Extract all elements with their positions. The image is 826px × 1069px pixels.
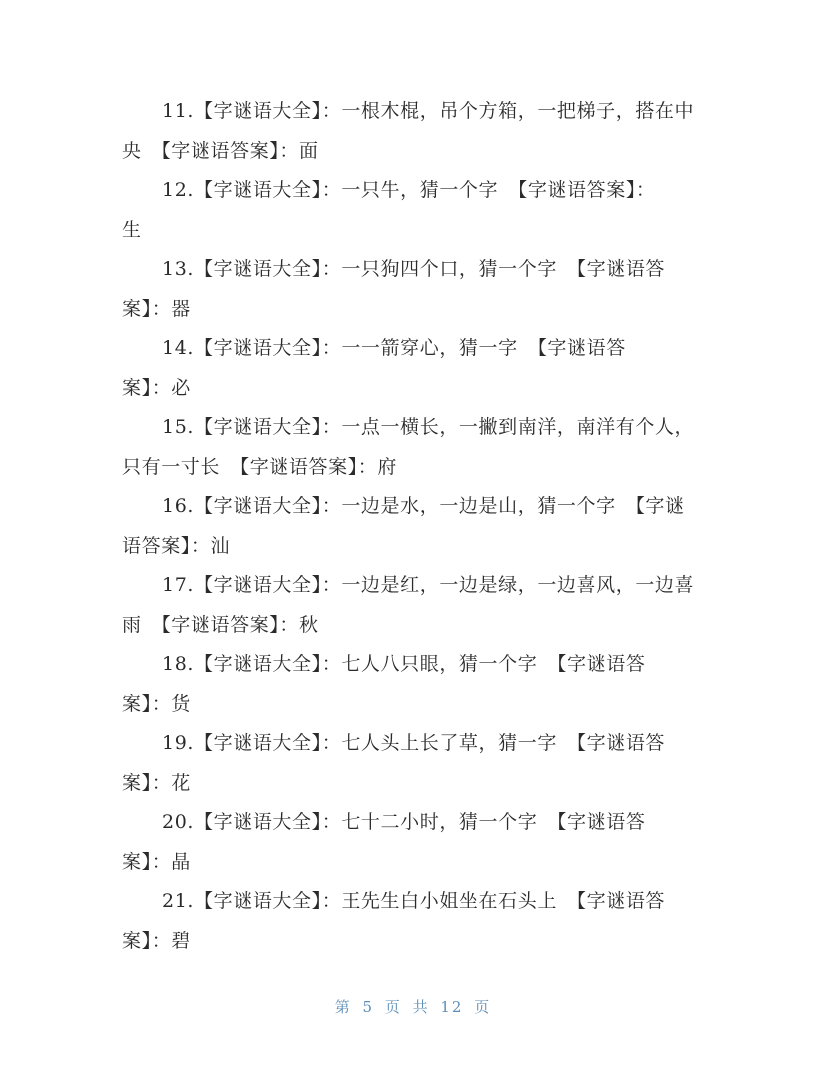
riddle-line: 12.【字谜语大全】：一只牛，猜一个字 【字谜语答案】：	[122, 171, 702, 211]
riddle-entry-17: 17.【字谜语大全】：一边是红，一边是绿，一边喜风，一边喜 雨 【字谜语答案】：…	[122, 566, 702, 645]
riddle-line: 15.【字谜语大全】：一点一横长，一撇到南洋，南洋有个人，	[122, 408, 702, 448]
document-page: 11.【字谜语大全】：一根木棍，吊个方箱，一把梯子，搭在中 央 【字谜语答案】：…	[0, 0, 826, 1069]
riddle-line: 案】：货	[122, 685, 702, 725]
riddle-entry-12: 12.【字谜语大全】：一只牛，猜一个字 【字谜语答案】： 生	[122, 171, 702, 250]
riddle-line: 案】：晶	[122, 843, 702, 883]
riddle-entry-16: 16.【字谜语大全】：一边是水，一边是山，猜一个字 【字谜 语答案】：汕	[122, 487, 702, 566]
riddle-entry-11: 11.【字谜语大全】：一根木棍，吊个方箱，一把梯子，搭在中 央 【字谜语答案】：…	[122, 92, 702, 171]
riddle-line: 案】：碧	[122, 922, 702, 962]
riddle-line: 案】：花	[122, 764, 702, 804]
riddle-line: 17.【字谜语大全】：一边是红，一边是绿，一边喜风，一边喜	[122, 566, 702, 606]
riddle-entry-18: 18.【字谜语大全】：七人八只眼，猜一个字 【字谜语答 案】：货	[122, 645, 702, 724]
riddle-line: 语答案】：汕	[122, 527, 702, 567]
riddle-line: 20.【字谜语大全】：七十二小时，猜一个字 【字谜语答	[122, 803, 702, 843]
riddle-line: 央 【字谜语答案】：面	[122, 132, 702, 172]
riddle-line: 14.【字谜语大全】：一一箭穿心，猜一字 【字谜语答	[122, 329, 702, 369]
riddle-line: 雨 【字谜语答案】：秋	[122, 606, 702, 646]
riddle-entry-13: 13.【字谜语大全】：一只狗四个口，猜一个字 【字谜语答 案】：器	[122, 250, 702, 329]
riddle-entry-21: 21.【字谜语大全】：王先生白小姐坐在石头上 【字谜语答 案】：碧	[122, 882, 702, 961]
riddle-entry-15: 15.【字谜语大全】：一点一横长，一撇到南洋，南洋有个人， 只有一寸长 【字谜语…	[122, 408, 702, 487]
riddle-line: 16.【字谜语大全】：一边是水，一边是山，猜一个字 【字谜	[122, 487, 702, 527]
riddle-line: 案】：器	[122, 290, 702, 330]
riddle-line: 11.【字谜语大全】：一根木棍，吊个方箱，一把梯子，搭在中	[122, 92, 702, 132]
riddle-entry-19: 19.【字谜语大全】：七人头上长了草，猜一字 【字谜语答 案】：花	[122, 724, 702, 803]
riddle-entry-14: 14.【字谜语大全】：一一箭穿心，猜一字 【字谜语答 案】：必	[122, 329, 702, 408]
riddle-line: 生	[122, 211, 702, 251]
riddle-line: 21.【字谜语大全】：王先生白小姐坐在石头上 【字谜语答	[122, 882, 702, 922]
riddle-line: 13.【字谜语大全】：一只狗四个口，猜一个字 【字谜语答	[122, 250, 702, 290]
riddle-list: 11.【字谜语大全】：一根木棍，吊个方箱，一把梯子，搭在中 央 【字谜语答案】：…	[122, 92, 702, 961]
riddle-line: 只有一寸长 【字谜语答案】：府	[122, 448, 702, 488]
riddle-line: 案】：必	[122, 369, 702, 409]
page-indicator: 第 5 页 共 12 页	[0, 996, 826, 1017]
riddle-entry-20: 20.【字谜语大全】：七十二小时，猜一个字 【字谜语答 案】：晶	[122, 803, 702, 882]
riddle-line: 18.【字谜语大全】：七人八只眼，猜一个字 【字谜语答	[122, 645, 702, 685]
riddle-line: 19.【字谜语大全】：七人头上长了草，猜一字 【字谜语答	[122, 724, 702, 764]
